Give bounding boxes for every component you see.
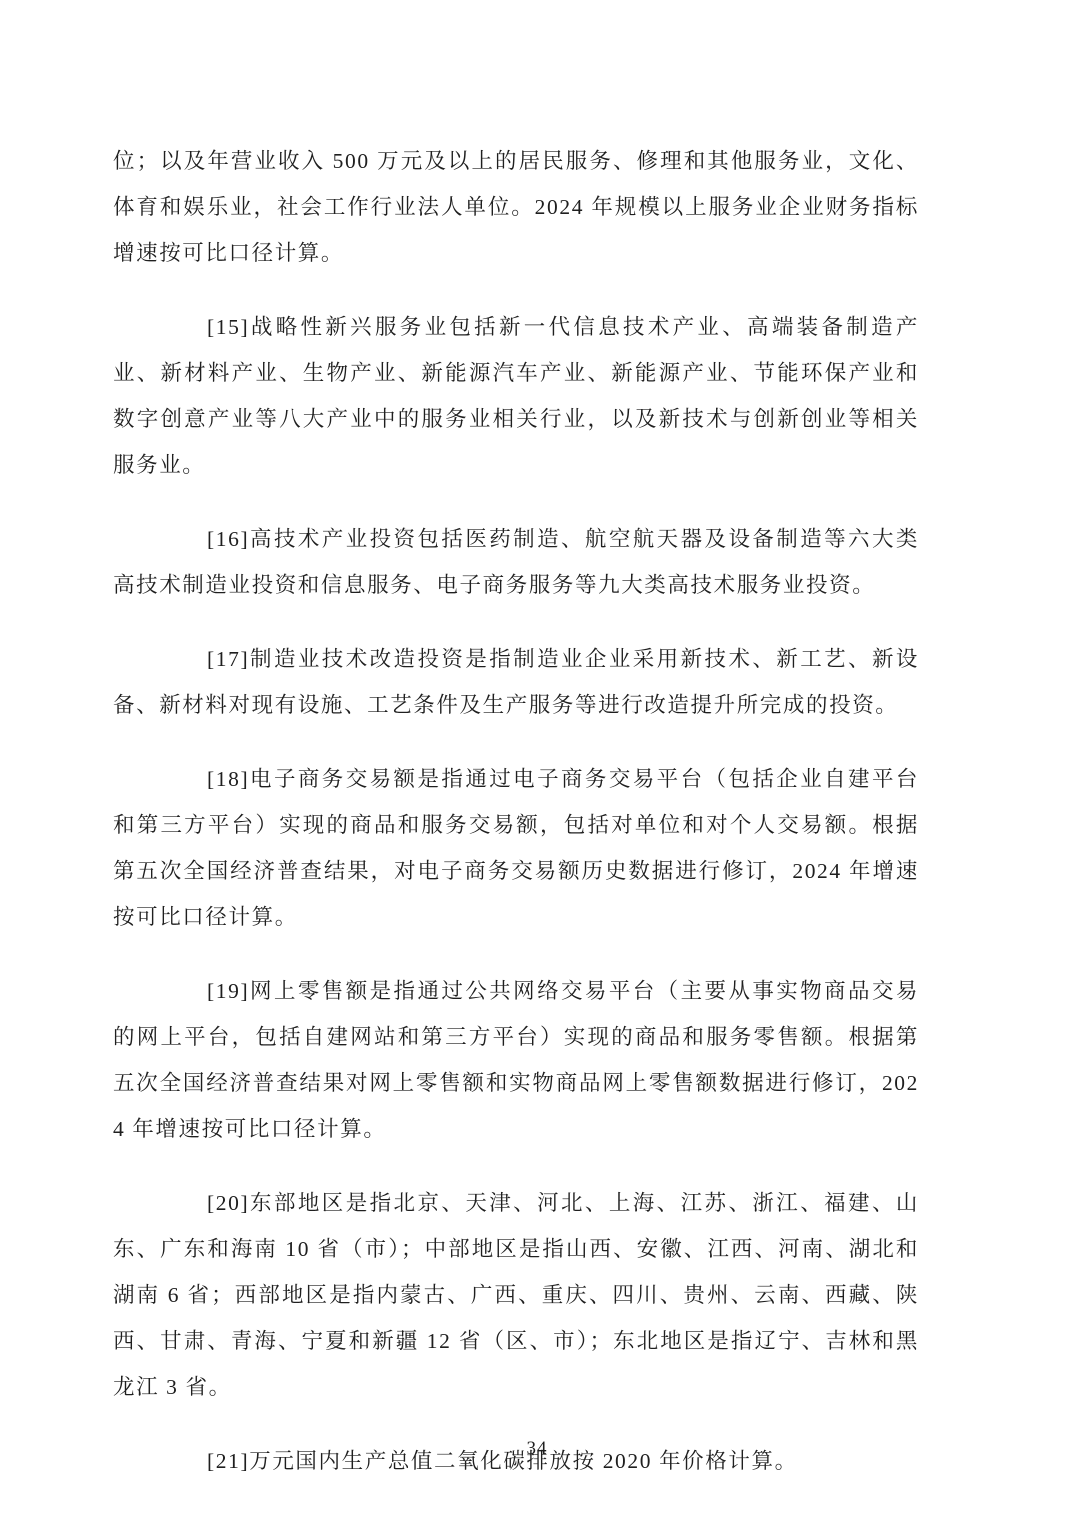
note-paragraph-14-continued: 位；以及年营业收入 500 万元及以上的居民服务、修理和其他服务业，文化、体育和… [113, 138, 919, 276]
note-paragraph-19: [19]网上零售额是指通过公共网络交易平台（主要从事实物商品交易的网上平台，包括… [113, 968, 919, 1152]
page-footer: 34 [0, 1436, 1074, 1462]
page-number: 34 [527, 1438, 548, 1459]
document-page: 位；以及年营业收入 500 万元及以上的居民服务、修理和其他服务业，文化、体育和… [0, 0, 1074, 1520]
note-paragraph-18: [18]电子商务交易额是指通过电子商务交易平台（包括企业自建平台和第三方平台）实… [113, 756, 919, 940]
note-paragraph-15: [15]战略性新兴服务业包括新一代信息技术产业、高端装备制造产业、新材料产业、生… [113, 304, 919, 488]
note-paragraph-20: [20]东部地区是指北京、天津、河北、上海、江苏、浙江、福建、山东、广东和海南 … [113, 1180, 919, 1410]
notes-section: 位；以及年营业收入 500 万元及以上的居民服务、修理和其他服务业，文化、体育和… [113, 138, 919, 1512]
note-paragraph-17: [17]制造业技术改造投资是指制造业企业采用新技术、新工艺、新设备、新材料对现有… [113, 636, 919, 728]
note-paragraph-16: [16]高技术产业投资包括医药制造、航空航天器及设备制造等六大类高技术制造业投资… [113, 516, 919, 608]
